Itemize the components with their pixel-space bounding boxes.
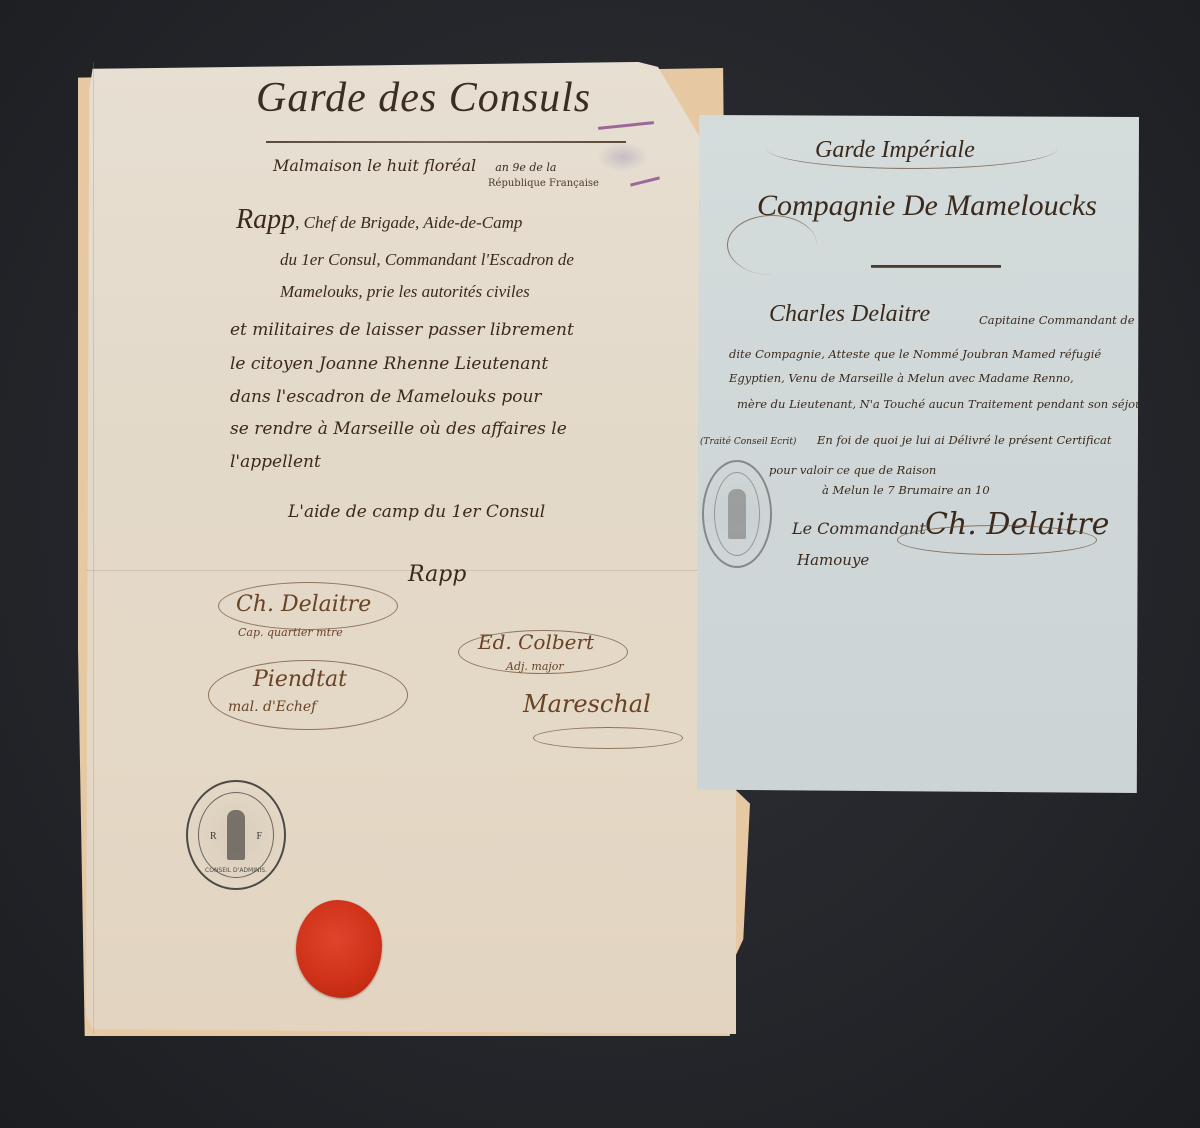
date-text: Malmaison le huit floréal [273,156,476,175]
delaitre-signature: Ch. Delaitre [236,592,371,617]
subtitle-flourish [727,215,817,275]
colbert-title: Adj. major [506,660,564,673]
body-line: se rendre à Marseille où des affaires le [230,419,567,439]
garde-imperiale-document: Garde Impériale Compagnie De Mameloucks … [697,115,1139,793]
body-line: pour valoir ce que de Raison [769,463,936,477]
body-line: l'appellent [230,452,321,472]
title-rule [266,141,626,143]
officer-name: Charles Delaitre [769,301,930,328]
body-line: le citoyen Joanne Rhenne Lieutenant [230,354,548,374]
header-line-3: Mamelouks, prie les autorités civiles [280,282,530,302]
margin-note: (Traité Conseil Ecrit) [700,437,796,447]
rapp-name: Rapp [236,204,295,235]
document-subtitle: Compagnie De Mameloucks [757,189,1097,223]
body-line: Capitaine Commandant de la [979,313,1149,327]
colbert-signature: Ed. Colbert [478,630,594,654]
secondary-signature: Hamouye [797,551,869,569]
closing-line: L'aide de camp du 1er Consul [288,502,545,522]
header-line-1: Rapp, Chef de Brigade, Aide-de-Camp [236,204,522,236]
rapp-signature: Rapp [408,562,466,587]
document-title: Garde des Consuls [256,74,591,122]
header-line-2: du 1er Consul, Commandant l'Escadron de [280,250,574,270]
body-line: et militaires de laisser passer libremen… [230,320,574,340]
mareschal-signature: Mareschal [523,690,651,718]
body-line: En foi de quoi je lui ai Délivré le prés… [817,433,1111,447]
stamp-letters: R F [188,831,284,842]
document-title: Garde Impériale [815,137,975,164]
subtitle-rule [871,265,1001,268]
rapp-rank: , Chef de Brigade, Aide-de-Camp [295,213,522,232]
signature-flourish [897,525,1097,555]
date-line: à Melun le 7 Brumaire an 10 [822,483,990,497]
signature-flourish [533,727,683,749]
piendtat-signature: Piendtat [253,667,347,692]
garde-des-consuls-document: Garde des Consuls Malmaison le huit flor… [78,62,758,1042]
body-line: dite Compagnie, Atteste que le Nommé Jou… [729,347,1101,361]
delaitre-title: Cap. quartier mtre [238,626,343,639]
year-text: an 9e de la [495,161,556,174]
mamelouks-word: Mamelouks [280,282,358,301]
photo-scene: Garde des Consuls Malmaison le huit flor… [0,0,1200,1128]
republic-text: République Française [488,178,599,189]
ink-smudge [598,142,648,172]
body-line: mère du Lieutenant, N'a Touché aucun Tra… [737,397,1148,411]
mamelouks-ink-stamp [702,460,772,568]
body-line: Egyptien, Venu de Marseille à Melun avec… [729,371,1074,385]
standing-figure-icon [728,489,746,539]
piendtat-title: mal. d'Echef [228,699,316,715]
body-line: , prie les autorités civiles [358,282,529,301]
edge-crease [93,62,94,1034]
red-wax-seal [296,900,382,998]
dateline: Malmaison le huit floréal an 9e de la [273,156,556,175]
body-line: dans l'escadron de Mamelouks pour [230,387,542,407]
mamelouks-ink-stamp: R F CONSEIL D'ADMINIS. [186,780,286,890]
stamp-label: CONSEIL D'ADMINIS. [205,867,267,874]
